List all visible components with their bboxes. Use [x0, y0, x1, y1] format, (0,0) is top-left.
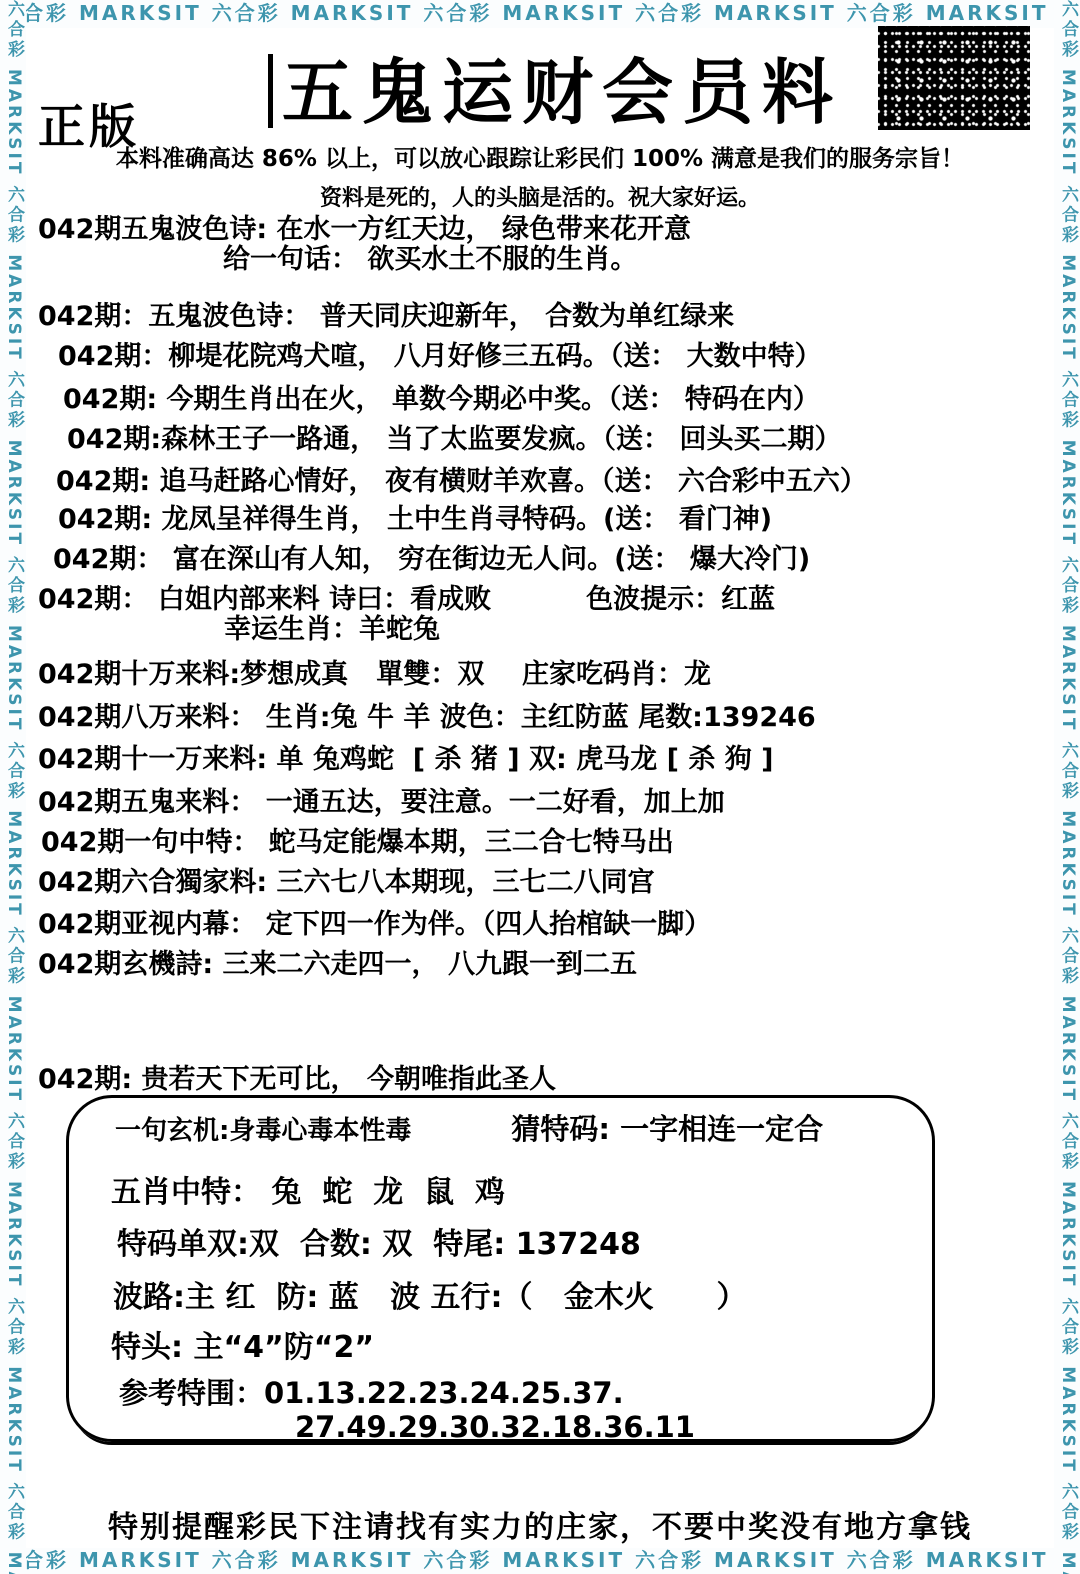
line-text: 042期五鬼来料： 一通五达，要注意。一二好看，加上加	[38, 787, 725, 818]
text-line: 042期：柳堤花院鸡犬喧， 八月好修三五码。（送： 大数中特）	[38, 342, 1054, 372]
security-border-left: 六合彩 MARKSIT 六合彩 MARKSIT 六合彩 MARKSIT 六合彩 …	[0, 0, 26, 1574]
security-border-bottom: 六合彩 MARKSIT 六合彩 MARKSIT 六合彩 MARKSIT 六合彩 …	[0, 1548, 1080, 1574]
text-line: 042期五鬼波色诗: 在水一方红天边， 绿色带来花开意	[38, 215, 1054, 245]
line-text: 042期八万来料： 生肖:兔 牛 羊 波色：主红防蓝 尾数:139246	[38, 702, 816, 733]
line-text: 波路:主 红 防: 蓝 波 五行:（ 金木火 ）	[113, 1280, 747, 1315]
line-text: 042期一句中特： 蛇马定能爆本期，三二合七特马出	[41, 827, 674, 858]
luck-note: 资料是死的，人的头脑是活的。祝大家好运。	[26, 181, 1054, 212]
sheet-header: 正版 五鬼运财会员料 本料准确高达 86% 以上，可以放心跟踪让彩民们 100%…	[26, 28, 1054, 215]
line-text: 042期：柳堤花院鸡犬喧， 八月好修三五码。（送： 大数中特）	[58, 341, 822, 372]
text-line: 042期:森林王子一路通， 当了太监要发疯。（送： 回头买二期）	[38, 425, 1054, 455]
security-border-right: 六合彩 MARKSIT 六合彩 MARKSIT 六合彩 MARKSIT 六合彩 …	[1054, 0, 1080, 1574]
text-line: 042期一句中特： 蛇马定能爆本期，三二合七特马出	[38, 828, 1054, 858]
text-line: 042期八万来料： 生肖:兔 牛 羊 波色：主红防蓝 尾数:139246	[38, 703, 1054, 733]
text-line: 042期： 白姐内部来料 诗曰：看成败色波提示：红蓝	[38, 585, 1054, 615]
line-text: 五肖中特： 兔 蛇 龙 鼠 鸡	[111, 1175, 505, 1210]
line-text: 042期: 追马赶路心情好， 夜有横财羊欢喜。（送： 六合彩中五六）	[56, 466, 867, 497]
text-line: 042期十一万来料: 单 兔鸡蛇 [ 杀 猪 ] 双: 虎马龙 [ 杀 狗 ]	[38, 745, 1054, 775]
line-text: 042期： 白姐内部来料 诗曰：看成败	[38, 584, 491, 615]
security-border-top: 六合彩 MARKSIT 六合彩 MARKSIT 六合彩 MARKSIT 六合彩 …	[0, 0, 1080, 28]
line-text: 幸运生肖：羊蛇兔	[224, 614, 440, 645]
line-text: 特头: 主“4”防“2”	[111, 1330, 374, 1365]
text-line: 042期: 今期生肖出在火， 单数今期必中奖。（送： 特码在内）	[38, 385, 1054, 415]
text-line: 042期：五鬼波色诗： 普天同庆迎新年， 合数为单红绿来	[38, 302, 1054, 332]
text-line: 幸运生肖：羊蛇兔	[38, 615, 1054, 645]
line-text: 042期： 富在深山有人知， 穷在街边无人问。(送： 爆大冷门)	[53, 544, 810, 575]
line-text: 042期:森林王子一路通， 当了太监要发疯。（送： 回头买二期）	[67, 424, 841, 455]
prediction-lines: 042期五鬼波色诗: 在水一方红天边， 绿色带来花开意给一句话： 欲买水土不服的…	[26, 215, 1054, 1095]
line-text: 一句玄机:身毒心毒本性毒	[115, 1116, 411, 1146]
footer-warning: 特别提醒彩民下注请找有实力的庄家，不要中奖没有地方拿钱	[26, 1502, 1054, 1546]
line-text: 给一句话： 欲买水土不服的生肖。	[223, 244, 637, 275]
text-line: 五肖中特： 兔 蛇 龙 鼠 鸡	[103, 1176, 932, 1210]
special-tips-box: 一句玄机:身毒心毒本性毒猜特码: 一字相连一定合五肖中特： 兔 蛇 龙 鼠 鸡特…	[66, 1095, 935, 1442]
lottery-tip-sheet: 六合彩 MARKSIT 六合彩 MARKSIT 六合彩 MARKSIT 六合彩 …	[0, 0, 1080, 1574]
ink-stamp-icon	[878, 26, 1030, 130]
line-text: 042期玄機詩: 三来二六走四一， 八九跟一到二五	[38, 949, 637, 980]
text-line: 特码单双:双 合数: 双 特尾: 137248	[103, 1228, 932, 1262]
line-text: 042期: 今期生肖出在火， 单数今期必中奖。（送： 特码在内）	[63, 384, 820, 415]
line-text: 042期十万来料:梦想成真 單雙：双 庄家吃码肖：龙	[38, 659, 711, 690]
line-text: 042期五鬼波色诗: 在水一方红天边， 绿色带来花开意	[38, 214, 691, 245]
text-line: 042期： 富在深山有人知， 穷在街边无人问。(送： 爆大冷门)	[38, 545, 1054, 575]
line-text: 特码单双:双 合数: 双 特尾: 137248	[117, 1227, 641, 1262]
line-text: 042期亚视内幕： 定下四一作为伴。（四人抬棺缺一脚）	[38, 909, 711, 940]
text-line: 参考特围：01.13.22.23.24.25.37.	[103, 1376, 932, 1410]
text-line: 042期五鬼来料： 一通五达，要注意。一二好看，加上加	[38, 788, 1054, 818]
sheet-content: 正版 五鬼运财会员料 本料准确高达 86% 以上，可以放心跟踪让彩民们 100%…	[26, 28, 1054, 1548]
text-line: 给一句话： 欲买水土不服的生肖。	[38, 245, 1054, 275]
text-line: 042期: 龙凤呈祥得生肖， 土中生肖寻特码。(送： 看门神)	[38, 505, 1054, 535]
line-text-right: 色波提示：红蓝	[586, 584, 775, 615]
line-text: 042期: 龙凤呈祥得生肖， 土中生肖寻特码。(送： 看门神)	[58, 504, 772, 535]
line-text: 参考特围：01.13.22.23.24.25.37.	[119, 1376, 624, 1410]
text-line: 042期十万来料:梦想成真 單雙：双 庄家吃码肖：龙	[38, 660, 1054, 690]
text-line: 042期: 贵若天下无可比， 今朝唯指此圣人	[38, 1065, 1054, 1095]
text-line: 042期: 追马赶路心情好， 夜有横财羊欢喜。（送： 六合彩中五六）	[38, 467, 1054, 497]
text-line: 波路:主 红 防: 蓝 波 五行:（ 金木火 ）	[103, 1281, 932, 1315]
text-line: 042期玄機詩: 三来二六走四一， 八九跟一到二五	[38, 950, 1054, 980]
title-tick-mark	[268, 54, 273, 128]
line-text: 042期六合獨家料: 三六七八本期现，三七二八同宫	[38, 867, 655, 898]
text-line: 特头: 主“4”防“2”	[103, 1331, 932, 1365]
text-line: 一句玄机:身毒心毒本性毒猜特码: 一字相连一定合	[103, 1112, 932, 1148]
line-text: 042期: 贵若天下无可比， 今朝唯指此圣人	[38, 1064, 556, 1095]
line-text-right: 猜特码: 一字相连一定合	[511, 1112, 823, 1146]
line-text: 27.49.29.30.32.18.36.11	[295, 1410, 695, 1444]
line-text: 042期：五鬼波色诗： 普天同庆迎新年， 合数为单红绿来	[38, 301, 734, 332]
line-text: 042期十一万来料: 单 兔鸡蛇 [ 杀 猪 ] 双: 虎马龙 [ 杀 狗 ]	[38, 744, 774, 775]
accuracy-note: 本料准确高达 86% 以上，可以放心跟踪让彩民们 100% 满意是我们的服务宗旨…	[26, 140, 1054, 173]
page-title: 五鬼运财会员料	[282, 36, 842, 138]
text-line: 27.49.29.30.32.18.36.11	[103, 1410, 932, 1444]
text-line: 042期六合獨家料: 三六七八本期现，三七二八同宫	[38, 868, 1054, 898]
text-line: 042期亚视内幕： 定下四一作为伴。（四人抬棺缺一脚）	[38, 910, 1054, 940]
